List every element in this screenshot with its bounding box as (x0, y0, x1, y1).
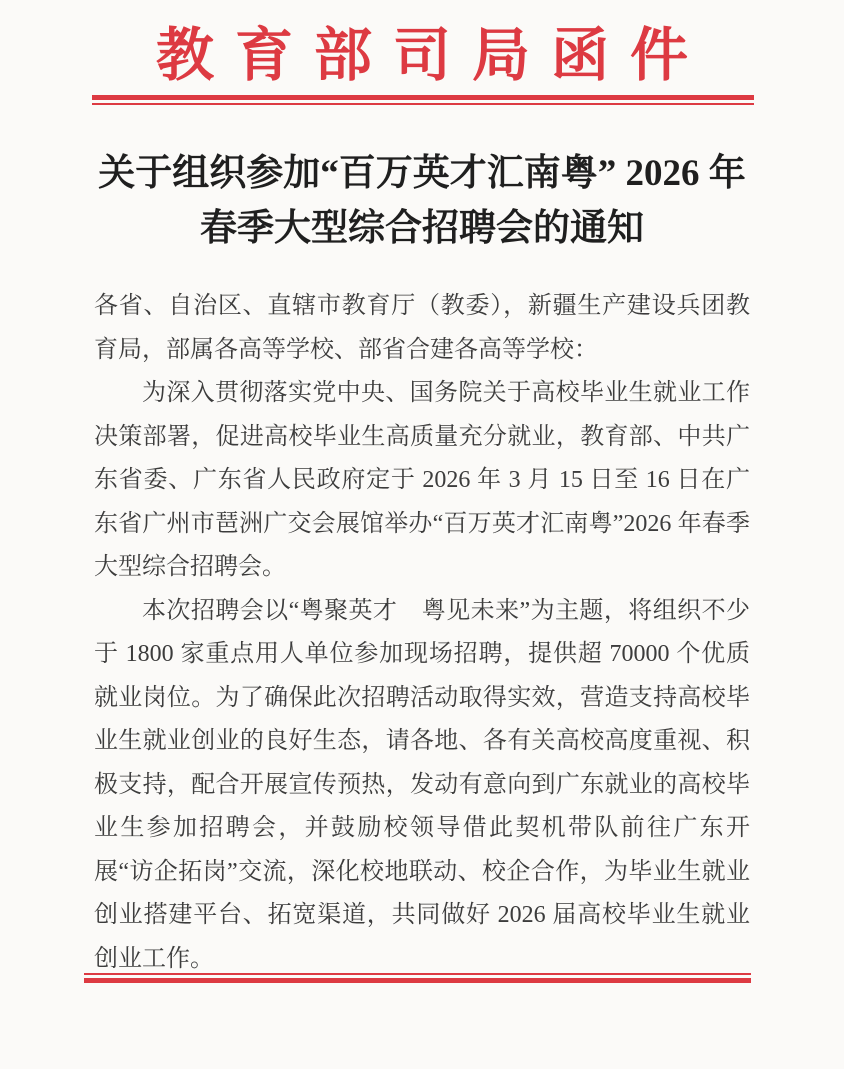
document-page: 教育部司局函件 关于组织参加“百万英才汇南粤” 2026 年 春季大型综合招聘会… (0, 0, 844, 1069)
document-title-line2: 春季大型综合招聘会的通知 (0, 201, 844, 256)
letterhead-title: 教育部司局函件 (0, 20, 844, 92)
document-title: 关于组织参加“百万英才汇南粤” 2026 年 春季大型综合招聘会的通知 (0, 146, 844, 256)
letterhead-rule-thin (92, 103, 754, 105)
footer-rule-thick (84, 978, 751, 983)
salutation: 各省、自治区、直辖市教育厅（教委），新疆生产建设兵团教育局，部属各高等学校、部省… (94, 285, 750, 372)
footer-double-rule (84, 973, 751, 983)
document-body: 各省、自治区、直辖市教育厅（教委），新疆生产建设兵团教育局，部属各高等学校、部省… (94, 285, 750, 981)
document-title-line1: 关于组织参加“百万英才汇南粤” 2026 年 (0, 146, 844, 201)
body-paragraph-1: 为深入贯彻落实党中央、国务院关于高校毕业生就业工作决策部署，促进高校毕业生高质量… (94, 372, 750, 590)
body-paragraph-2: 本次招聘会以“粤聚英才 粤见未来”为主题，将组织不少于 1800 家重点用人单位… (94, 590, 750, 982)
letterhead-double-rule (92, 95, 754, 105)
